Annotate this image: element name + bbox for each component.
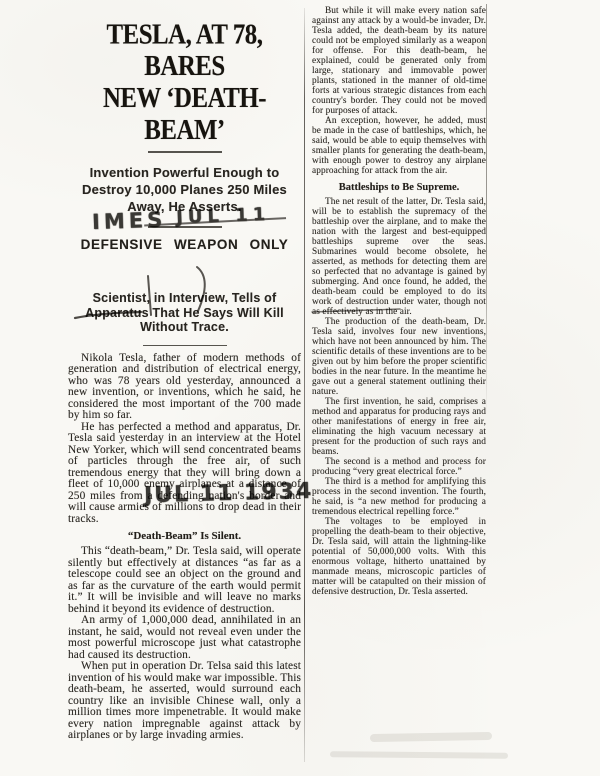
- right-column: But while it will make every nation safe…: [312, 6, 486, 597]
- body-paragraph: He has perfected a method and apparatus,…: [68, 422, 301, 526]
- crosshead-death-beam-silent: “Death-Beam” Is Silent.: [68, 530, 301, 543]
- scan-smudge: [370, 732, 492, 742]
- body-paragraph: The first invention, he said, comprises …: [312, 397, 486, 457]
- right-edge-rule: [486, 4, 487, 416]
- scan-smudge: [330, 751, 508, 759]
- body-paragraph: When put in operation Dr. Telsa said thi…: [68, 661, 301, 742]
- body-paragraph: An army of 1,000,000 dead, annihilated i…: [68, 615, 301, 661]
- body-paragraph: The net result of the latter, Dr. Tesla …: [312, 197, 486, 317]
- body-paragraph: The second is a method and process for p…: [312, 457, 486, 477]
- body-paragraph: The production of the death-beam, Dr. Te…: [312, 317, 486, 397]
- stamp-date-text: JUL 11: [176, 204, 271, 228]
- stamp-agency-text: IMES: [92, 208, 167, 235]
- body-paragraph: The voltages to be employed in propellin…: [312, 517, 486, 597]
- left-column: TESLA, AT 78, BARESNEW ‘DEATH-BEAM’ Inve…: [68, 18, 301, 742]
- newspaper-clipping: TESLA, AT 78, BARESNEW ‘DEATH-BEAM’ Inve…: [0, 0, 600, 776]
- kicker-heading: DEFENSIVE WEAPON ONLY: [68, 237, 301, 253]
- body-paragraph: An exception, however, he added, must be…: [312, 116, 486, 176]
- body-paragraph: But while it will make every nation safe…: [312, 6, 486, 116]
- sub-deck: Scientist, in Interview, Tells of Appara…: [68, 291, 301, 335]
- body-paragraph: Nikola Tesla, father of modern methods o…: [68, 353, 301, 422]
- section-divider: [143, 345, 227, 346]
- section-divider: [148, 151, 222, 153]
- headline-line-1: TESLA, AT 78, BARES: [106, 18, 262, 82]
- headline-line-2: NEW ‘DEATH-BEAM’: [103, 82, 266, 146]
- headline: TESLA, AT 78, BARESNEW ‘DEATH-BEAM’: [77, 18, 291, 145]
- column-divider-rule: [304, 8, 305, 762]
- jul-11-1934-stamp: JUL 11 1934: [144, 479, 314, 508]
- body-paragraph: This “death-beam,” Dr. Tesla said, will …: [68, 546, 301, 615]
- body-paragraph: The third is a method for amplifying thi…: [312, 477, 486, 517]
- crosshead-battleships-supreme: Battleships to Be Supreme.: [312, 181, 486, 194]
